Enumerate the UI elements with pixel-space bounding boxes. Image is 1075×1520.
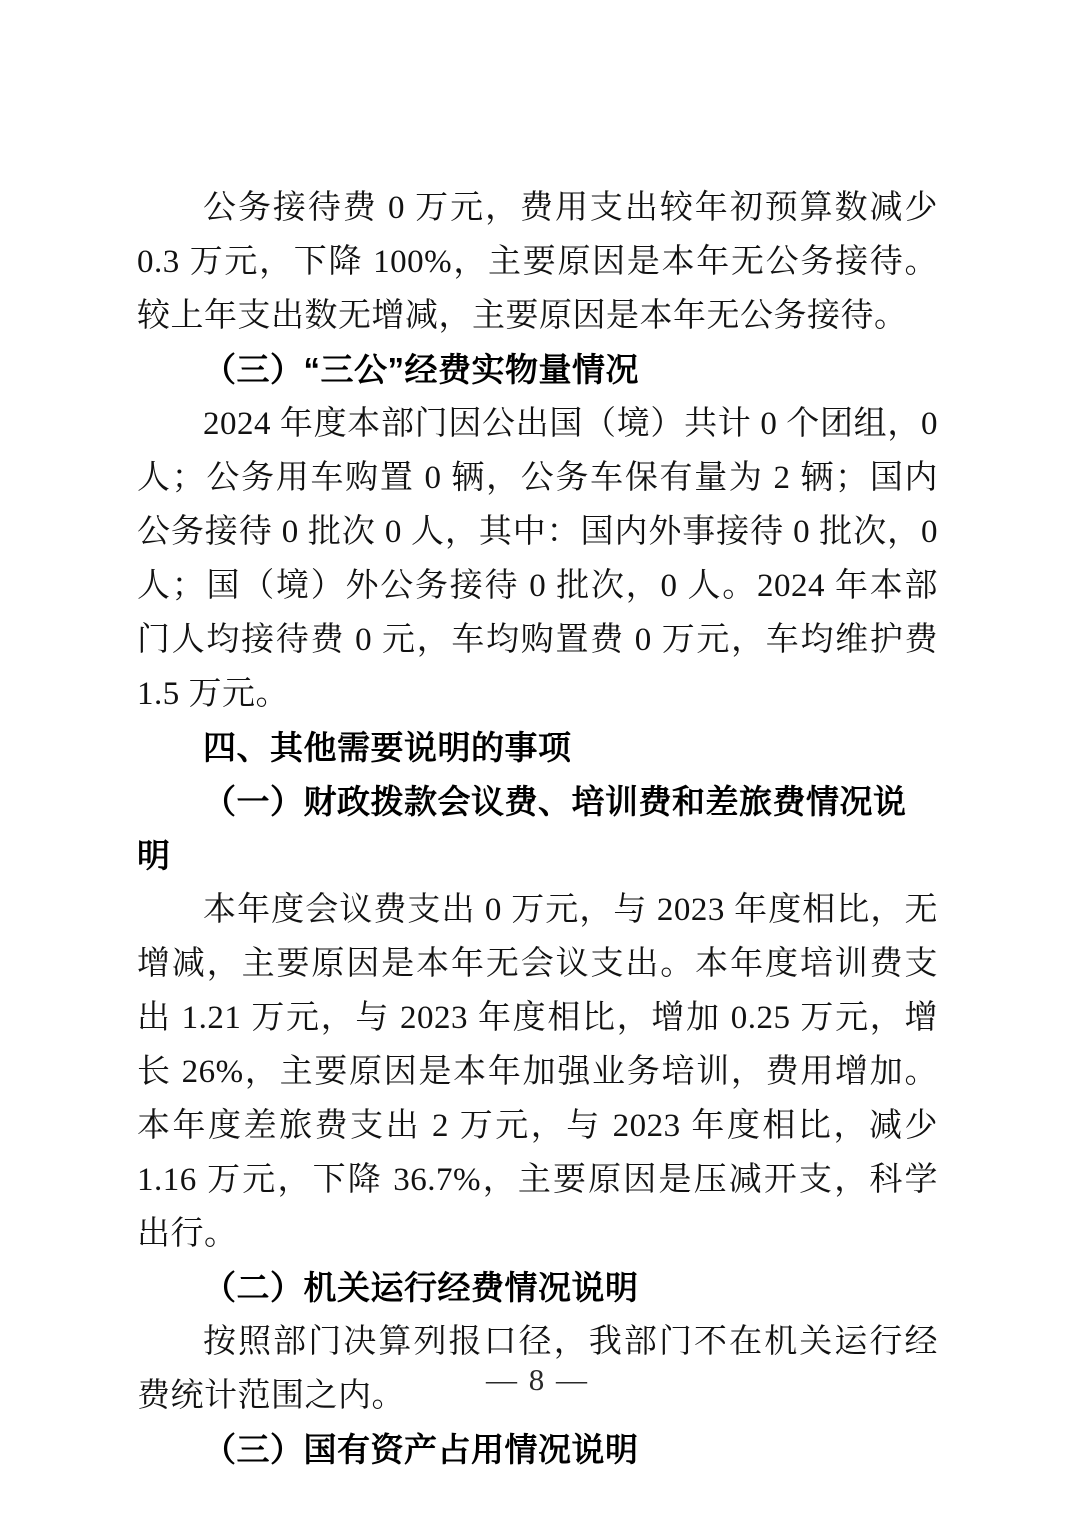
section-heading: 四、其他需要说明的事项: [137, 721, 938, 775]
section-heading: （三）国有资产占用情况说明: [137, 1423, 938, 1477]
section-heading: （二）机关运行经费情况说明: [137, 1261, 938, 1315]
section-heading: （一）财政拨款会议费、培训费和差旅费情况说明: [137, 775, 938, 883]
page-footer: — 8 —: [0, 1358, 1075, 1402]
body-paragraph: 2024 年度本部门因公出国（境）共计 0 个团组，0 人；公务用车购置 0 辆…: [137, 397, 938, 721]
page-number: — 8 —: [486, 1362, 589, 1397]
section-heading: （三）“三公”经费实物量情况: [137, 343, 938, 397]
body-paragraph: 公务接待费 0 万元，费用支出较年初预算数减少 0.3 万元，下降 100%，主…: [137, 181, 938, 343]
document-body: 公务接待费 0 万元，费用支出较年初预算数减少 0.3 万元，下降 100%，主…: [137, 181, 938, 1477]
document-page: 公务接待费 0 万元，费用支出较年初预算数减少 0.3 万元，下降 100%，主…: [0, 0, 1075, 1520]
body-paragraph: 本年度会议费支出 0 万元，与 2023 年度相比，无增减，主要原因是本年无会议…: [137, 883, 938, 1261]
